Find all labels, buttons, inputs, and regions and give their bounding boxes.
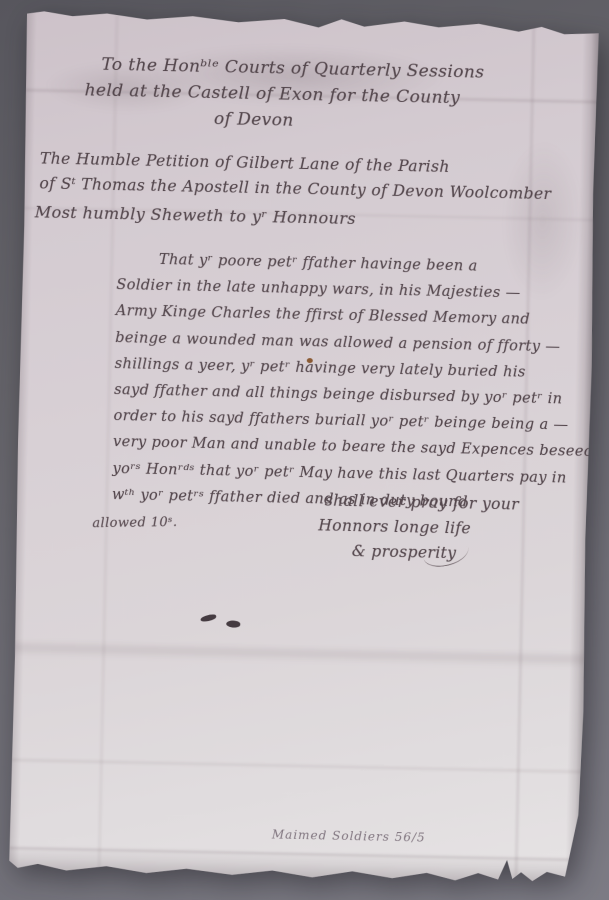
ink-spot-left — [200, 614, 217, 623]
petition-body: That yʳ poore petʳ ffather havinge been … — [112, 246, 573, 518]
document-heading: To the Honᵇˡᵉ Courts of Quarterly Sessio… — [33, 50, 591, 140]
document-paper: To the Honᵇˡᵉ Courts of Quarterly Sessio… — [9, 10, 599, 884]
salutation-line: Most humbly Sheweth to yʳ Honnours — [35, 202, 356, 228]
left-edge-shade — [9, 10, 37, 872]
photo-background: To the Honᵇˡᵉ Courts of Quarterly Sessio… — [0, 0, 609, 900]
fold-crease-bottom — [9, 846, 581, 862]
closing-line-3: & prosperity — [352, 539, 519, 567]
bottom-edge-shade — [9, 846, 581, 884]
paper-shadow-wrap: To the Honᵇˡᵉ Courts of Quarterly Sessio… — [9, 10, 599, 884]
fold-crease-lower — [11, 758, 583, 774]
closing-prayer: shall ever pray for your Honnors longe l… — [324, 488, 520, 567]
clerk-margin-note: allowed 10ˢ. — [92, 515, 177, 531]
ink-spot-right — [226, 620, 241, 629]
petition-title: The Humble Petition of Gilbert Lane of t… — [39, 146, 588, 207]
closing-line-2: Honnors longe life — [318, 513, 519, 542]
archival-reference-note: Maimed Soldiers 56/5 — [272, 827, 426, 844]
fold-band-middle — [14, 640, 586, 668]
